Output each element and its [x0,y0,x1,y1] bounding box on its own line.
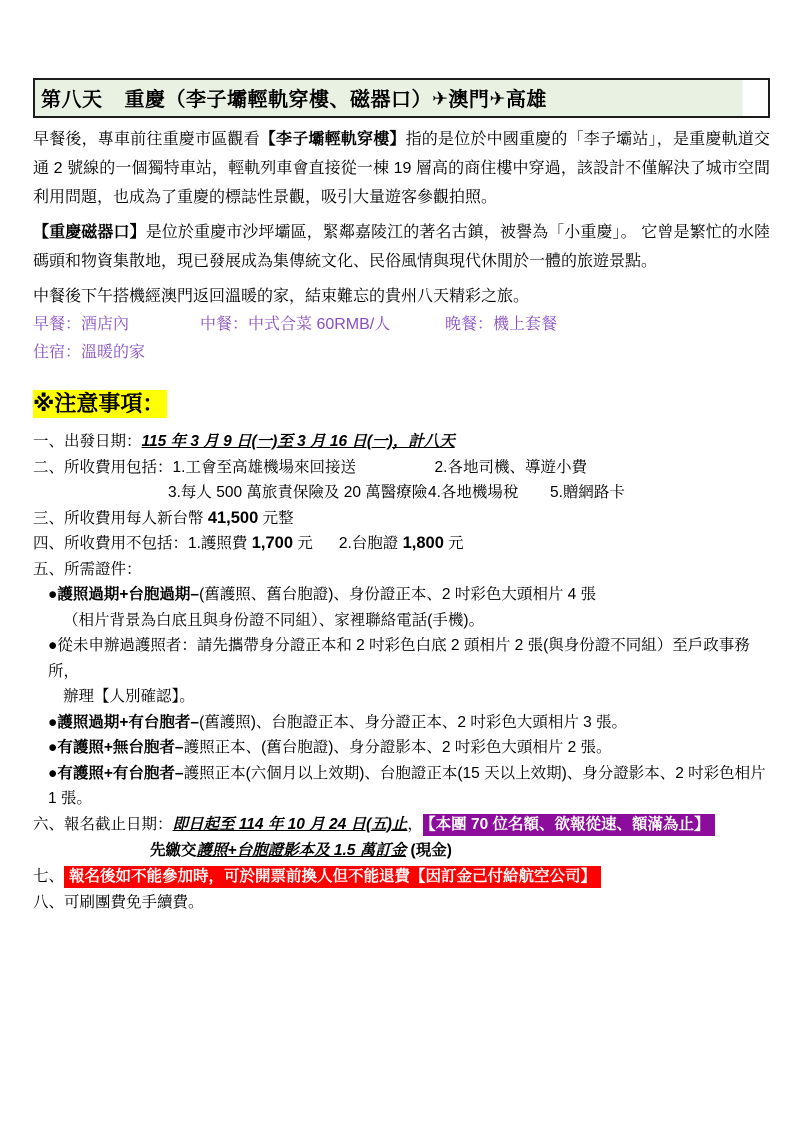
price-suffix: 元整 [258,510,293,527]
taibaozheng-label: 2.台胞證 [339,535,403,552]
deposit-post: (現金) [406,842,452,859]
document-page: 第八天重慶（李子壩輕軌穿樓、磁器口）✈澳門✈高雄 早餐後，專車前往重慶市區觀看【… [0,0,800,1132]
notice-item-refund-policy: 七、報名後如不能參加時，可於開票前換人但不能退費【因訂金己付給航空公司】 [33,864,770,890]
document-bullet-5: ●有護照+有台胞者–護照正本(六個月以上效期)、台胞證正本(15 天以上效期)、… [33,761,770,812]
bullet-icon: ● [48,637,57,654]
meal-breakfast: 早餐：酒店內 [33,311,200,339]
item-label: 二、所收費用包括： [33,459,173,476]
bullet-text: 從未申辦過護照者：請先攜帶身分證正本和 2 吋彩色白底 2 頭相片 2 張(與身… [48,637,750,680]
fee-included-5: 5.贈網路卡 [550,484,625,501]
price-label: 三、所收費用每人新台幣 [33,510,208,527]
bullet-icon: ● [48,765,57,782]
day-label: 第八天 [41,89,103,111]
fee-unit: 元 [444,535,464,552]
price-amount: 41,500 [208,509,258,527]
bullet-icon: ● [48,586,57,603]
bullet-text: (舊護照、舊台胞證)、身份證正本、2 吋彩色大頭相片 4 張 [199,586,596,603]
document-bullet-4: ●有護照+無台胞者–護照正本、(舊台胞證)、身分證影本、2 吋彩色大頭相片 2 … [33,735,770,761]
route-label: 重慶（李子壩輕軌穿樓、磁器口） [125,89,433,111]
notice-item-fees-included: 二、所收費用包括：1.工會至高雄機場來回接送2.各地司機、導遊小費 [33,455,770,481]
quota-badge: 【本團 70 位名額、欲報從速、額滿為止】 [423,814,715,836]
meals-line: 早餐：酒店內中餐：中式合菜 60RMB/人晚餐：機上套餐 [33,311,770,339]
notice-heading-text: ※注意事項： [33,390,167,418]
item-label: 一、出發日期： [33,433,142,450]
notice-item-fees-excluded: 四、所收費用不包括：1.護照費 1,700 元2.台胞證 1,800 元 [33,531,770,557]
attraction-name-liziba: 【李子壩輕軌穿樓】 [260,131,406,148]
meal-lunch: 中餐：中式合菜 60RMB/人 [200,311,445,339]
paragraph-return: 中餐後下午搭機經澳門返回溫暖的家，結束難忘的貴州八天精彩之旅。 [33,282,770,311]
departure-date-value: 115 年 3 月 9 日(一)至 3 月 16 日(一)，計八天 [142,433,455,450]
bullet-icon: ● [48,714,57,731]
paragraph-ciqikou: 【重慶磁器口】是位於重慶市沙坪壩區，緊鄰嘉陵江的著名古鎮，被譽為「小重慶」。 它… [33,218,770,276]
fee-included-1: 1.工會至高雄機場來回接送 [173,455,435,481]
notice-heading: ※注意事項： [33,389,770,419]
bullet-case: 護照過期+有台胞者– [57,714,199,731]
taibaozheng-fee: 1,800 [403,534,444,552]
bullet-text: (舊護照)、台胞證正本、身分證正本、2 吋彩色大頭相片 3 張。 [199,714,627,731]
bullet-text: 護照正本、(舊台胞證)、身分證影本、2 吋彩色大頭相片 2 張。 [184,739,612,756]
deposit-underlined: 護照+台胞證影本及 1.5 萬訂金 [197,842,407,859]
bullet-case: 有護照+無台胞者– [57,739,183,756]
bullet-icon: ● [48,739,57,756]
notice-item-price: 三、所收費用每人新台幣 41,500 元整 [33,506,770,532]
notice-item-registration-deadline: 六、報名截止日期：即日起至 114 年 10 月 24 日(五)止，【本團 70… [33,812,770,838]
lodging-line: 住宿：溫暖的家 [33,339,770,367]
day-title-bar: 第八天重慶（李子壩輕軌穿樓、磁器口）✈澳門✈高雄 [33,78,770,118]
destination-macau: 澳門 [448,89,489,111]
item-label: 六、報名截止日期： [33,816,173,833]
fee-included-4: 4.各地機場稅 [428,480,550,506]
bullet-case: 護照過期+台胞過期– [57,586,199,603]
document-bullet-1-cont: （相片背景為白底且與身份證不同組）、家裡聯絡電話(手機)。 [33,608,770,634]
separator: ， [407,816,423,833]
deposit-instruction: 先繳交護照+台胞證影本及 1.5 萬訂金 (現金) [33,837,770,864]
meal-dinner: 晚餐：機上套餐 [445,316,557,333]
excluded-label: 四、所收費用不包括：1.護照費 [33,535,252,552]
notice-item-fees-included-row2: 3.每人 500 萬旅責保險及 20 萬醫療險4.各地機場稅5.贈網路卡 [33,480,770,506]
passport-fee: 1,700 [252,534,293,552]
deposit-pre: 先繳交 [150,842,197,859]
document-bullet-2-cont: 辦理【人別確認】。 [33,684,770,710]
notice-item-card-payment: 八、可刷團費免手續費。 [33,890,770,916]
notice-item-documents: 五、所需證件： [33,557,770,583]
document-bullet-1: ●護照過期+台胞過期–(舊護照、舊台胞證)、身份證正本、2 吋彩色大頭相片 4 … [33,582,770,608]
paragraph-liziba: 早餐後，專車前往重慶市區觀看【李子壩輕軌穿樓】指的是位於中國重慶的「李子壩站」，… [33,125,770,212]
airplane-icon: ✈ [489,88,505,111]
fee-included-2: 2.各地司機、導遊小費 [435,459,587,476]
fee-included-3: 3.每人 500 萬旅責保險及 20 萬醫療險 [168,480,428,506]
deadline-date-value: 即日起至 114 年 10 月 24 日(五)止 [173,816,408,833]
notice-item-departure-date: 一、出發日期：115 年 3 月 9 日(一)至 3 月 16 日(一)，計八天 [33,429,770,455]
destination-kaohsiung: 高雄 [506,89,547,111]
attraction-name-ciqikou: 【重慶磁器口】 [33,224,146,241]
refund-policy-badge: 報名後如不能參加時，可於開票前換人但不能退費【因訂金己付給航空公司】 [64,866,601,888]
document-bullet-2: ●從未申辦過護照者：請先攜帶身分證正本和 2 吋彩色白底 2 頭相片 2 張(與… [33,633,770,684]
document-bullet-3: ●護照過期+有台胞者–(舊護照)、台胞證正本、身分證正本、2 吋彩色大頭相片 3… [33,710,770,736]
airplane-icon: ✈ [432,88,448,111]
bullet-case: 有護照+有台胞者– [57,765,183,782]
item-label: 七、 [33,868,64,885]
paragraph-lead: 早餐後，專車前往重慶市區觀看 [33,131,260,148]
fee-unit: 元 [293,535,313,552]
